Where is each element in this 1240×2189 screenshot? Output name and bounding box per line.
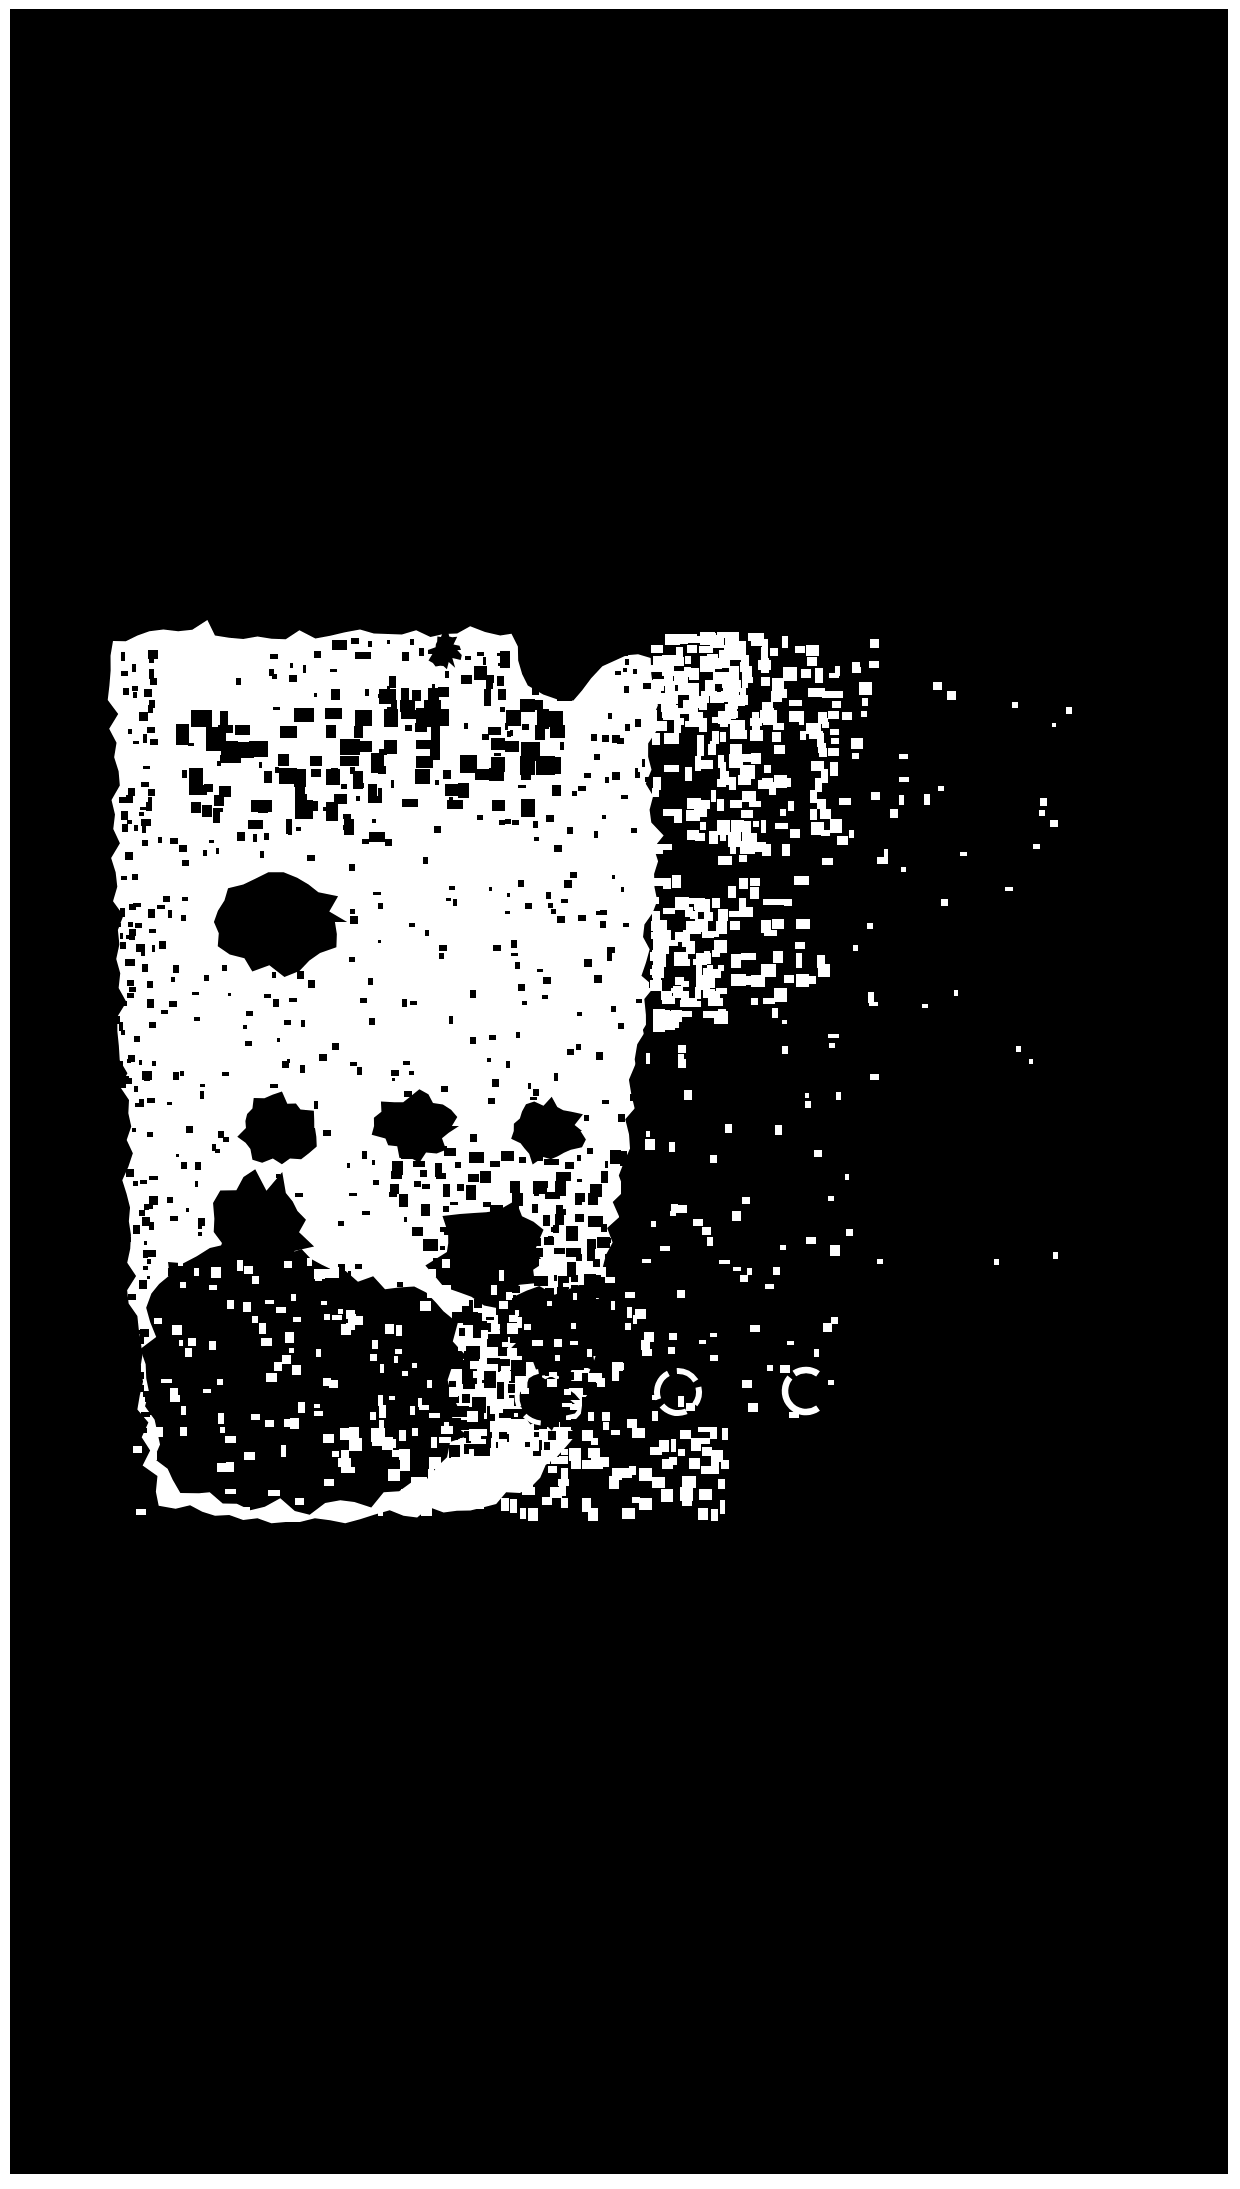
binarized-photo-screenshot [0,0,1240,2189]
binarized-photo-canvas [0,0,1240,2189]
